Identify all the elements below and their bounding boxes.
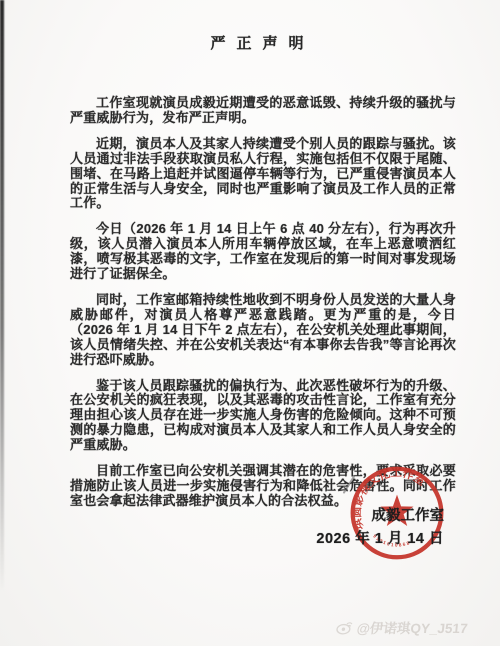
paragraph-threat-mails: 同时，工作室邮箱持续性地收到不明身份人员发送的大量人身威胁邮件，对演员人格尊严恶… <box>70 293 456 368</box>
document-title: 严正声明 <box>58 32 456 53</box>
signature-studio-name: 成毅工作室 <box>316 504 444 525</box>
weibo-watermark: @伊诺琪QY_J517 <box>335 617 469 637</box>
paragraph-risk-assessment: 鉴于该人员跟踪骚扰的偏执行为、此次恶性破坏行为的升级、在公安机关的疯狂表现，以及… <box>70 379 456 454</box>
paragraph-vandalism: 今日（2026 年 1 月 14 日上午 6 点 40 分左右），行为再次升级，… <box>70 222 456 282</box>
weibo-icon <box>335 620 354 635</box>
watermark-text: @伊诺琪QY_J517 <box>356 617 469 637</box>
signature-date: 2026 年 1 月 14 日 <box>316 527 444 548</box>
signature-block: 成毅工作室 2026 年 1 月 14 日 <box>316 504 444 548</box>
paragraph-stalking: 近期，演员本人及其家人持续遭受个别人员的跟踪与骚扰。该人员通过非法手段获取演员私… <box>70 137 456 212</box>
paragraph-intro: 工作室现就演员成毅近期遭受的恶意诋毁、持续升级的骚扰与严重威胁行为，发布严正声明… <box>70 96 456 126</box>
statement-document: 严正声明 工作室现就演员成毅近期遭受的恶意诋毁、持续升级的骚扰与严重威胁行为，发… <box>0 0 500 520</box>
